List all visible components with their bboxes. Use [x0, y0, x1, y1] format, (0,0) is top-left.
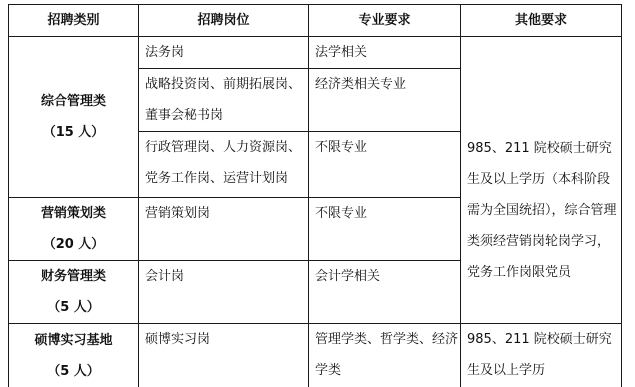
position-cell: 法务岗	[139, 37, 309, 69]
position-cell: 会计岗	[139, 261, 309, 324]
major-cell: 法学相关	[309, 37, 461, 69]
category-cell: 营销策划类 （20 人）	[9, 198, 139, 261]
category-cell: 财务管理类 （5 人）	[9, 261, 139, 324]
other-requirements-cell: 985、211 院校硕士研究生及以上学历	[461, 324, 622, 387]
table-row: 综合管理类 （15 人） 法务岗 法学相关 985、211 院校硕士研究生及以上…	[9, 37, 622, 69]
category-cell: 硕博实习基地 （5 人）	[9, 324, 139, 387]
category-count: （5 人）	[9, 292, 138, 323]
category-name: 营销策划类	[9, 198, 138, 229]
category-name: 财务管理类	[9, 261, 138, 292]
header-row: 招聘类别 招聘岗位 专业要求 其他要求	[9, 5, 622, 37]
category-count: （20 人）	[9, 229, 138, 260]
major-cell: 不限专业	[309, 132, 461, 198]
major-cell: 经济类相关专业	[309, 69, 461, 132]
header-major: 专业要求	[309, 5, 461, 37]
major-cell: 会计学相关	[309, 261, 461, 324]
position-cell: 战略投资岗、前期拓展岗、董事会秘书岗	[139, 69, 309, 132]
position-cell: 硕博实习岗	[139, 324, 309, 387]
position-cell: 行政管理岗、人力资源岗、党务工作岗、运营计划岗	[139, 132, 309, 198]
header-category: 招聘类别	[9, 5, 139, 37]
category-count: （5 人）	[9, 356, 138, 387]
category-count: （15 人）	[9, 117, 138, 148]
header-other: 其他要求	[461, 5, 622, 37]
table-row: 硕博实习基地 （5 人） 硕博实习岗 管理学类、哲学类、经济学类 985、211…	[9, 324, 622, 387]
other-requirements-cell: 985、211 院校硕士研究生及以上学历（本科阶段需为全国统招），综合管理类须经…	[461, 37, 622, 324]
major-cell: 不限专业	[309, 198, 461, 261]
position-cell: 营销策划岗	[139, 198, 309, 261]
category-cell: 综合管理类 （15 人）	[9, 37, 139, 198]
other-requirements-text: 985、211 院校硕士研究生及以上学历	[467, 324, 617, 386]
other-requirements-text: 985、211 院校硕士研究生及以上学历（本科阶段需为全国统招），综合管理类须经…	[467, 133, 617, 288]
category-name: 综合管理类	[9, 86, 138, 117]
category-name: 硕博实习基地	[9, 325, 138, 356]
recruitment-table: 招聘类别 招聘岗位 专业要求 其他要求 综合管理类 （15 人） 法务岗 法学相…	[8, 4, 622, 387]
header-position: 招聘岗位	[139, 5, 309, 37]
major-cell: 管理学类、哲学类、经济学类	[309, 324, 461, 387]
